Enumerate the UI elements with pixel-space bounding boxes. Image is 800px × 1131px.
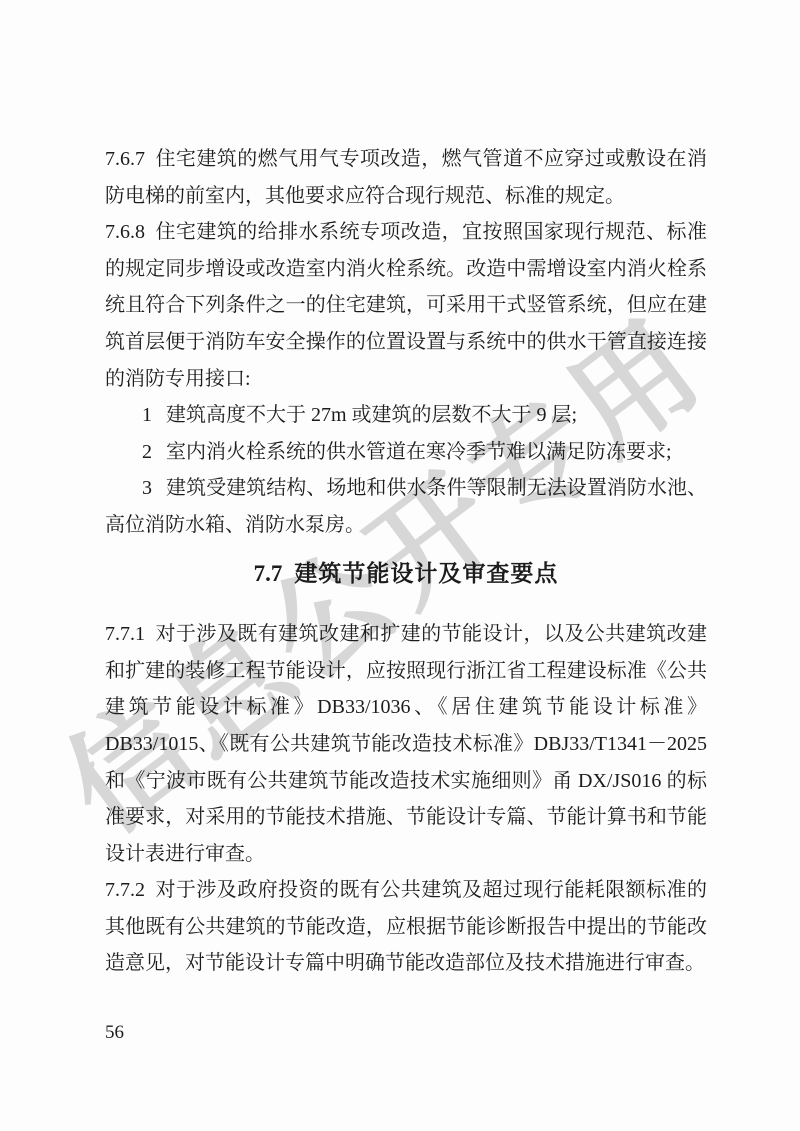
list-item-text: 室内消火栓系统的供水管道在寒冷季节难以满足防冻要求;: [166, 441, 672, 463]
clause-7-6-7: 7.6.7住宅建筑的燃气用气专项改造，燃气管道不应穿过或敷设在消防电梯的前室内，…: [105, 141, 707, 214]
clause-text: 对于涉及既有建筑改建和扩建的节能设计，以及公共建筑改建和扩建的装修工程节能设计，…: [105, 623, 707, 865]
clause-text: 住宅建筑的给排水系统专项改造，宜按照国家现行规范、标准的规定同步增设或改造室内消…: [105, 221, 707, 389]
section-title: 建筑节能设计及审查要点: [294, 561, 558, 586]
list-item-number: 2: [142, 441, 152, 463]
page-content: 7.6.7住宅建筑的燃气用气专项改造，燃气管道不应穿过或敷设在消防电梯的前室内，…: [105, 141, 707, 982]
clause-text: 住宅建筑的燃气用气专项改造，燃气管道不应穿过或敷设在消防电梯的前室内，其他要求应…: [105, 148, 707, 207]
list-item-2: 2室内消火栓系统的供水管道在寒冷季节难以满足防冻要求;: [105, 434, 707, 471]
clause-7-6-8: 7.6.8住宅建筑的给排水系统专项改造，宜按照国家现行规范、标准的规定同步增设或…: [105, 214, 707, 397]
page-number: 56: [105, 1020, 124, 1046]
document-page: 信息公开专用 7.6.7住宅建筑的燃气用气专项改造，燃气管道不应穿过或敷设在消防…: [0, 0, 800, 1131]
clause-7-7-1: 7.7.1对于涉及既有建筑改建和扩建的节能设计，以及公共建筑改建和扩建的装修工程…: [105, 616, 707, 872]
list-item-1: 1建筑高度不大于 27m 或建筑的层数不大于 9 层;: [105, 397, 707, 434]
section-number: 7.7: [254, 561, 283, 586]
section-heading-7-7: 7.7建筑节能设计及审查要点: [105, 556, 707, 593]
list-item-number: 1: [142, 404, 152, 426]
list-item-text: 建筑受建筑结构、场地和供水条件等限制无法设置消防水池、高位消防水箱、消防水泵房。: [105, 477, 707, 536]
clause-text: 对于涉及政府投资的既有公共建筑及超过现行能耗限额标准的其他既有公共建筑的节能改造…: [105, 879, 707, 974]
clause-7-7-2: 7.7.2对于涉及政府投资的既有公共建筑及超过现行能耗限额标准的其他既有公共建筑…: [105, 872, 707, 982]
list-item-text: 建筑高度不大于 27m 或建筑的层数不大于 9 层;: [166, 404, 577, 426]
clause-number: 7.7.1: [105, 623, 145, 645]
clause-number: 7.6.8: [105, 221, 145, 243]
clause-number: 7.7.2: [105, 879, 145, 901]
clause-number: 7.6.7: [105, 148, 145, 170]
list-item-3: 3建筑受建筑结构、场地和供水条件等限制无法设置消防水池、高位消防水箱、消防水泵房…: [105, 470, 707, 543]
list-item-number: 3: [142, 477, 152, 499]
